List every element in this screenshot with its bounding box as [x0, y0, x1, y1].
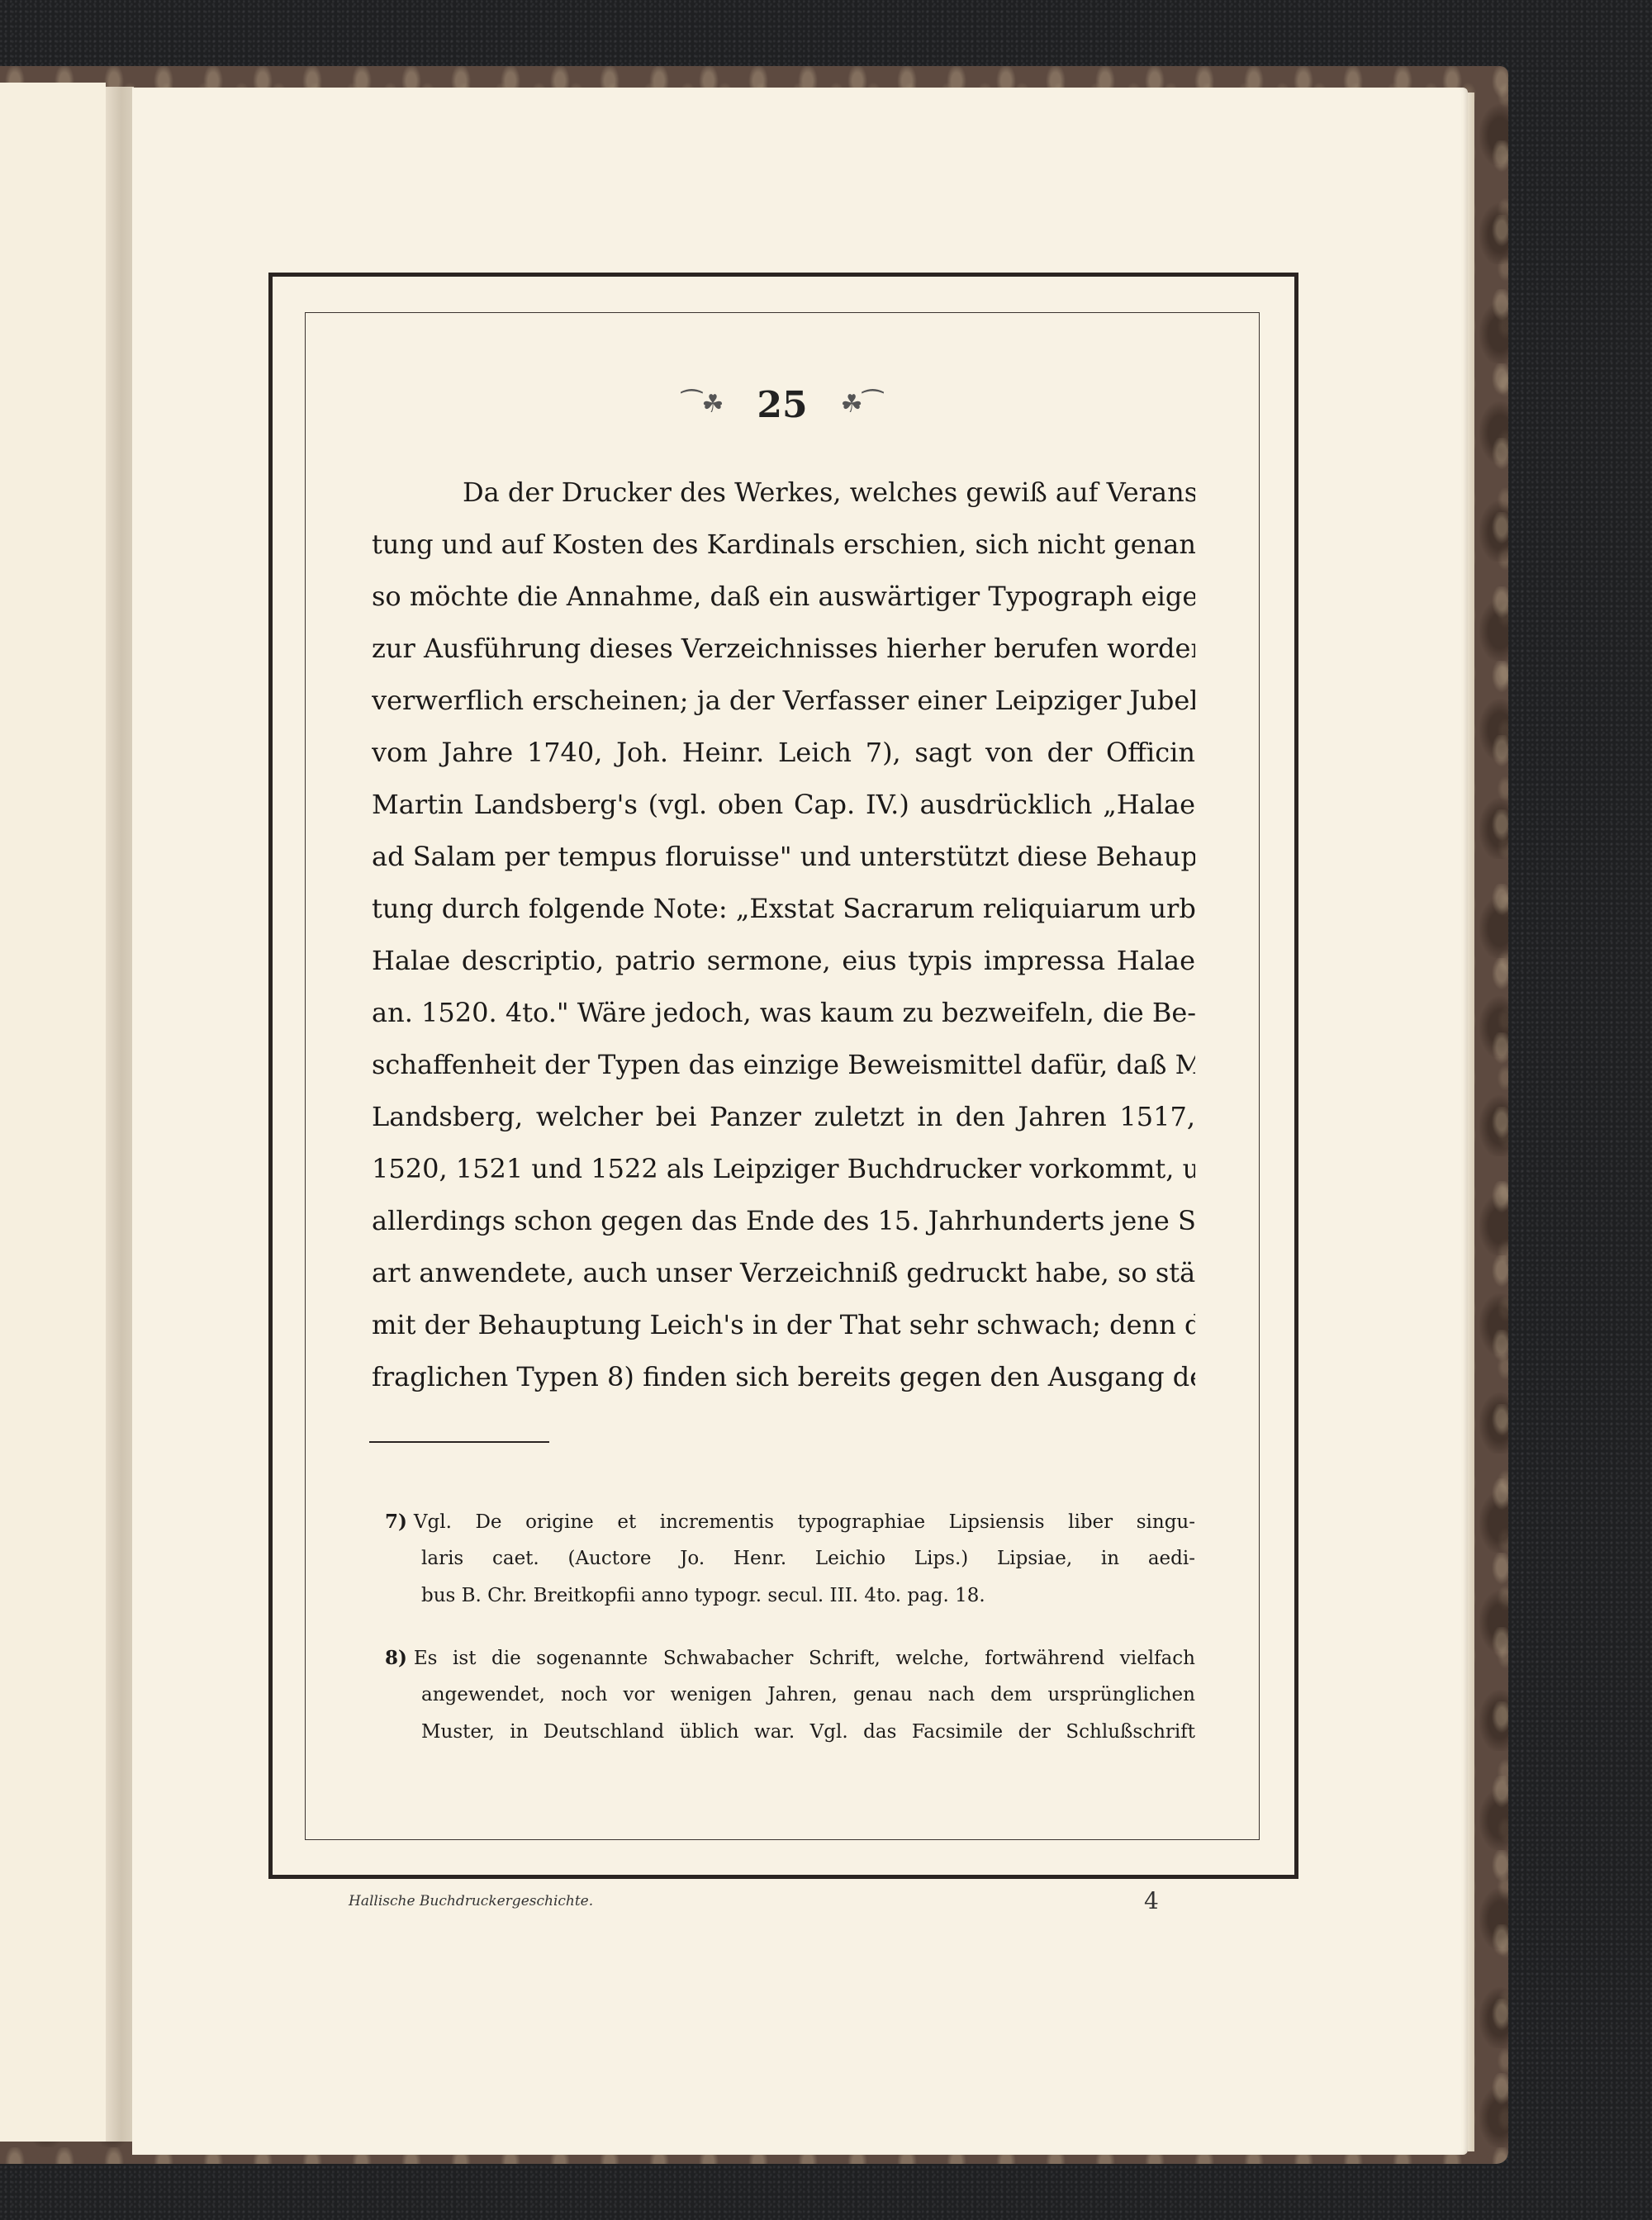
footnote-number: 7) [385, 1511, 407, 1533]
text-line: mit der Behauptung Leich's in der That s… [372, 1299, 1195, 1351]
text-line: art anwendete, auch unser Verzeichniß ge… [372, 1247, 1195, 1299]
text-line: fraglichen Typen 8) finden sich bereits … [372, 1351, 1195, 1403]
text-line: Landsberg, welcher bei Panzer zuletzt in… [372, 1091, 1195, 1143]
text-line: ad Salam per tempus floruisse" und unter… [372, 831, 1195, 883]
page-number: 25 [757, 384, 807, 426]
fleuron-right-icon: ☘⁀ [841, 392, 883, 417]
footnote-separator-rule [369, 1441, 549, 1443]
book-gutter [106, 87, 134, 2142]
text-line: so möchte die Annahme, daß ein auswärtig… [372, 571, 1195, 623]
text-line: schaffenheit der Typen das einzige Bewei… [372, 1039, 1195, 1091]
text-line: tung durch folgende Note: „Exstat Sacrar… [372, 883, 1195, 935]
text-line: tung und auf Kosten des Kardinals erschi… [372, 519, 1195, 571]
footnote-line: bus B. Chr. Breitkopfii anno typogr. sec… [385, 1577, 1195, 1615]
main-text-block: Da der Drucker des Werkes, welches gewiß… [372, 467, 1195, 1403]
footnote-line: Vgl. De origine et incrementis typograph… [414, 1511, 1195, 1533]
fleuron-left-icon: ⁀☘ [681, 392, 724, 417]
footnote-line: laris caet. (Auctore Jo. Henr. Leichio L… [385, 1540, 1195, 1577]
text-line: 1520, 1521 und 1522 als Leipziger Buchdr… [372, 1143, 1195, 1195]
sheet-signature-number: 4 [1144, 1887, 1159, 1914]
text-line: vom Jahre 1740, Joh. Heinr. Leich 7), sa… [372, 727, 1195, 779]
text-line: allerdings schon gegen das Ende des 15. … [372, 1195, 1195, 1247]
text-line: zur Ausführung dieses Verzeichnisses hie… [372, 623, 1195, 675]
text-line: an. 1520. 4to." Wäre jedoch, was kaum zu… [372, 987, 1195, 1039]
text-line: verwerflich erscheinen; ja der Verfasser… [372, 675, 1195, 727]
footnote-line: angewendet, noch vor wenigen Jahren, gen… [385, 1677, 1195, 1714]
text-line: Martin Landsberg's (vgl. oben Cap. IV.) … [372, 779, 1195, 831]
printer-signature-line: Hallische Buchdruckergeschichte. [349, 1893, 593, 1909]
footnotes: 7)Vgl. De origine et incrementis typogra… [385, 1503, 1195, 1776]
footnote-line: Muster, in Deutschland üblich war. Vgl. … [385, 1714, 1195, 1751]
footnote-8: 8)Es ist die sogenannte Schwabacher Schr… [385, 1639, 1195, 1751]
left-page [0, 83, 106, 2142]
page-header: ⁀☘ 25 ☘⁀ [305, 376, 1260, 434]
footnote-line: Es ist die sogenannte Schwabacher Schrif… [414, 1648, 1195, 1669]
text-line: Halae descriptio, patrio sermone, eius t… [372, 935, 1195, 987]
page-edge [1468, 92, 1474, 2151]
footnote-7: 7)Vgl. De origine et incrementis typogra… [385, 1503, 1195, 1615]
footnote-number: 8) [385, 1647, 407, 1669]
text-line: Da der Drucker des Werkes, welches gewiß… [372, 467, 1195, 519]
